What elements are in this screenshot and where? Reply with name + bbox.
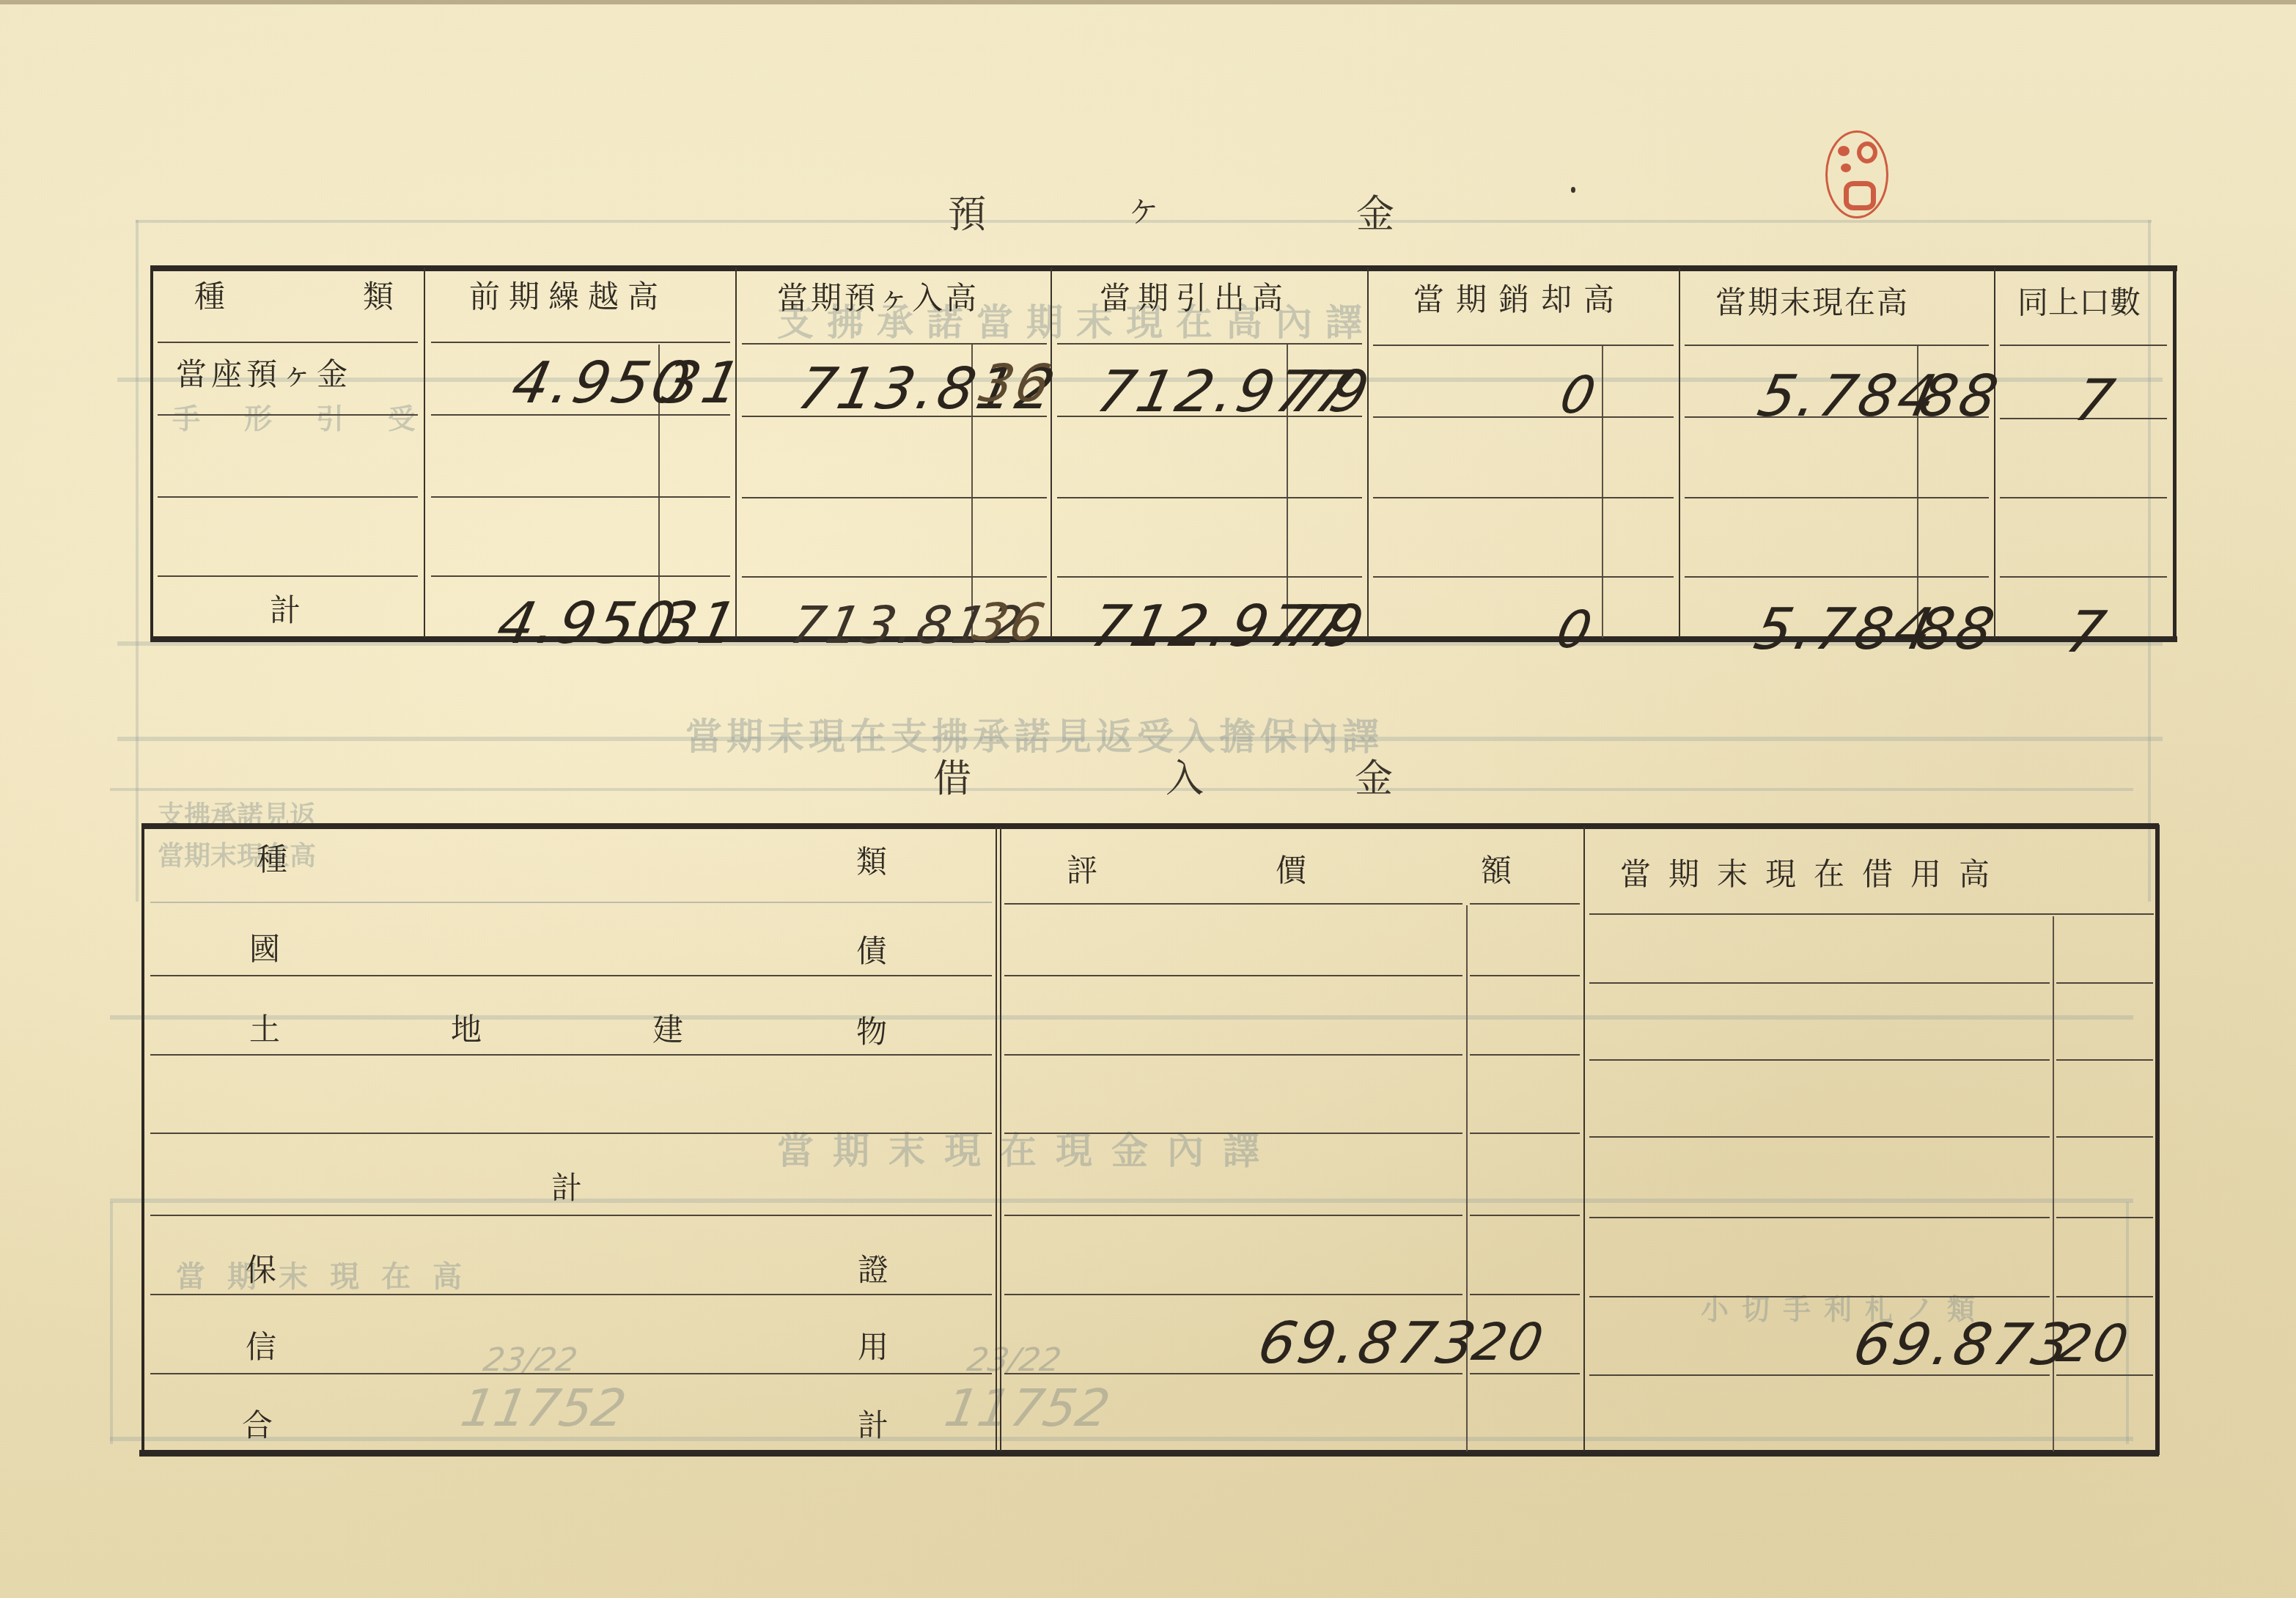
- col-header-type: 類: [856, 838, 887, 882]
- col-header-accounts: 同上口數: [2017, 279, 2141, 323]
- col-header-type: 類: [363, 273, 394, 317]
- borrowings-title-char: 借: [933, 748, 971, 803]
- col-header-valuation: 評: [1067, 847, 1097, 891]
- valuation-yen: 69.873: [1252, 1311, 1484, 1377]
- borrowings-title-char: 金: [1355, 748, 1393, 803]
- col-header-valuation: 價: [1276, 847, 1306, 891]
- row-label-char: 土: [249, 1006, 280, 1050]
- ghost-row-label: 手形引受: [172, 396, 460, 436]
- current-borrowing-yen: 69.873: [1847, 1312, 2079, 1378]
- current-deposit-sen: 36: [974, 353, 1059, 413]
- col-header-type: 種: [257, 836, 287, 880]
- total-accounts-count: 7: [2060, 600, 2113, 666]
- total-prev-carry-sen: 31: [652, 591, 745, 657]
- col-header-current-deposit: 當期預ヶ入高: [777, 274, 979, 318]
- row-label-char: 計: [551, 1164, 582, 1208]
- deposits-title-char: 預: [948, 183, 986, 238]
- ghost-total: 11752: [941, 1378, 1114, 1438]
- row-label-char: 計: [858, 1402, 888, 1446]
- row-label-char: 建: [652, 1006, 683, 1050]
- ghost-heading-3: 當期末現在現金內譯: [777, 1122, 1278, 1174]
- col-header-type: 種: [194, 273, 225, 317]
- col-header-valuation: 額: [1481, 847, 1512, 891]
- row-label-char: 債: [856, 927, 887, 971]
- deposits-title-char: ケ: [1129, 189, 1158, 231]
- col-header-current-withdrawal: 當期引出高: [1100, 274, 1290, 318]
- prev-carry-sen: 31: [656, 350, 748, 416]
- row-label-char: 保: [246, 1246, 276, 1290]
- row-label-char: 證: [858, 1246, 888, 1290]
- total-current-balance-sen: 88: [1910, 597, 2002, 663]
- valuation-sen: 20: [1467, 1312, 1551, 1372]
- borrowings-title-char: 入: [1166, 748, 1204, 803]
- ghost-cash-label: 當期末現在高: [176, 1253, 484, 1295]
- total-current-deposit-sen: 36: [968, 592, 1053, 652]
- total-label: 計: [270, 586, 301, 630]
- row-label-char: 用: [858, 1323, 888, 1367]
- row-type: 當座預ヶ金: [176, 350, 352, 394]
- total-current-writeoff-yen: 0: [1551, 600, 1600, 660]
- row-label-char: 物: [856, 1008, 887, 1052]
- col-header-current-borrowing: 當期末現在借用高: [1620, 850, 2007, 894]
- current-balance-sen: 88: [1913, 364, 2006, 430]
- deposits-title-char: 金: [1356, 183, 1394, 238]
- row-label-char: 合: [242, 1402, 273, 1446]
- current-borrowing-sen: 20: [2052, 1314, 2136, 1374]
- ghost-lower-label: 當期末現在高: [158, 836, 316, 873]
- row-label-char: 信: [246, 1323, 276, 1367]
- col-header-current-balance: 當期末現在高: [1715, 279, 1909, 323]
- col-header-current-writeoff: 當期銷却高: [1413, 276, 1626, 320]
- ghost-total: 11752: [457, 1378, 630, 1438]
- row-label-char: 地: [451, 1006, 482, 1050]
- col-header-prev-carry: 前期繰越高: [469, 273, 667, 317]
- ink-dot: [1571, 187, 1575, 193]
- red-seal-stamp: [1825, 130, 1888, 218]
- total-current-withdrawal-sen: 79: [1279, 594, 1372, 660]
- ghost-heading-2: 當期末現在支拂承諾見返受入擔保內譯: [685, 707, 1383, 760]
- row-label-char: 國: [249, 925, 280, 969]
- current-withdrawal-sen: 79: [1284, 359, 1377, 425]
- page-top-edge: [0, 0, 2296, 4]
